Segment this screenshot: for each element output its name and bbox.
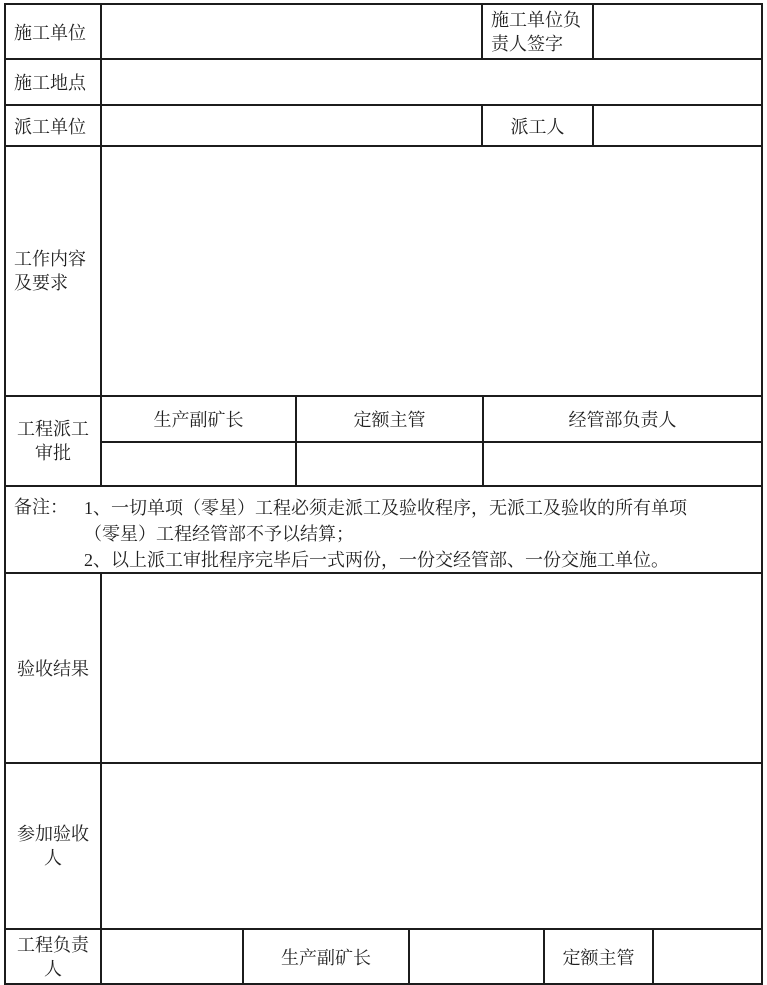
approval-sign-management-dept-head-cell	[484, 443, 761, 485]
row-remark: 备注： 1、一切单项（零星）工程必须走派工及验收程序，无派工及验收的所有单项 （…	[6, 487, 761, 574]
project-leader-label: 工程负责 人	[6, 930, 102, 983]
approval-signature-row	[102, 443, 761, 485]
row-dispatch-unit: 派工单位 派工人	[6, 106, 761, 147]
construction-unit-signer-value-cell	[594, 5, 761, 58]
dispatcher-label: 派工人	[483, 106, 594, 145]
approval-sign-quota-manager-cell	[297, 443, 484, 485]
acceptance-participants-value-cell	[102, 764, 761, 928]
row-dispatch-approval: 工程派工 审批 生产副矿长 定额主管 经管部负责人	[6, 397, 761, 487]
acceptance-result-value-cell	[102, 574, 761, 762]
acceptance-result-label: 验收结果	[6, 574, 102, 762]
work-content-label: 工作内容 及要求	[6, 147, 102, 395]
row-project-leader: 工程负责 人 生产副矿长 定额主管	[6, 930, 761, 983]
work-content-value-cell	[102, 147, 761, 395]
remark-label: 备注：	[6, 495, 84, 519]
approval-header-quota-manager: 定额主管	[297, 397, 484, 441]
row-construction-site: 施工地点	[6, 60, 761, 106]
construction-site-value-cell	[102, 60, 761, 104]
bottom-quota-manager-label: 定额主管	[545, 930, 654, 983]
dispatch-unit-value-cell	[102, 106, 483, 145]
dispatch-unit-label: 派工单位	[6, 106, 102, 145]
row-acceptance-participants: 参加验收 人	[6, 764, 761, 930]
construction-unit-label: 施工单位	[6, 5, 102, 58]
bottom-vice-mine-director-label: 生产副矿长	[244, 930, 410, 983]
approval-sign-vice-mine-director-cell	[102, 443, 297, 485]
construction-unit-signer-label: 施工单位负 责人签字	[483, 5, 594, 58]
dispatch-approval-label: 工程派工 审批	[6, 397, 102, 485]
approval-header-row: 生产副矿长 定额主管 经管部负责人	[102, 397, 761, 443]
approval-header-vice-mine-director: 生产副矿长	[102, 397, 297, 441]
row-acceptance-result: 验收结果	[6, 574, 761, 764]
acceptance-participants-label: 参加验收 人	[6, 764, 102, 928]
construction-site-label: 施工地点	[6, 60, 102, 104]
work-dispatch-form: 施工单位 施工单位负 责人签字 施工地点 派工单位 派工人 工作内容 及要求 工…	[4, 3, 763, 985]
bottom-quota-manager-value-cell	[654, 930, 761, 983]
approval-header-management-dept-head: 经管部负责人	[484, 397, 761, 441]
construction-unit-value-cell	[102, 5, 483, 58]
row-construction-unit: 施工单位 施工单位负 责人签字	[6, 5, 761, 60]
remark-text: 1、一切单项（零星）工程必须走派工及验收程序，无派工及验收的所有单项 （零星）工…	[84, 495, 761, 573]
dispatcher-value-cell	[594, 106, 761, 145]
bottom-vice-mine-director-value-cell	[410, 930, 545, 983]
row-work-content: 工作内容 及要求	[6, 147, 761, 397]
dispatch-approval-grid: 生产副矿长 定额主管 经管部负责人	[102, 397, 761, 485]
project-leader-value-cell	[102, 930, 244, 983]
